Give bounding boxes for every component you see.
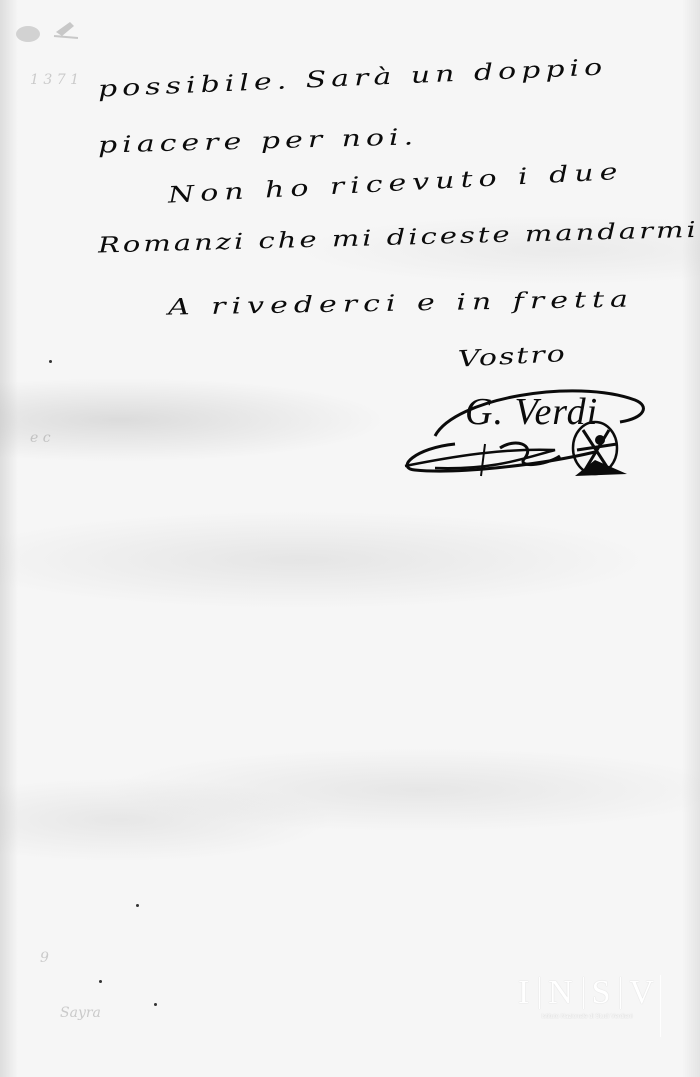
logo-letter: I bbox=[518, 974, 531, 1012]
logo-letter: S bbox=[592, 974, 613, 1012]
letter-line-2: piacere per noi. bbox=[98, 124, 419, 159]
manuscript-page: 1 3 7 1 e c 9 Sayra possibile. Sarà un d… bbox=[0, 0, 700, 1077]
insv-watermark-logo: I N S V Istituto Nazionale di Studi Verd… bbox=[514, 975, 661, 1037]
ink-speck bbox=[136, 904, 139, 907]
bleed-through-mark: 9 bbox=[40, 950, 49, 966]
logo-divider bbox=[620, 977, 621, 1009]
logo-letter: N bbox=[548, 974, 575, 1012]
letter-closing: Vostro bbox=[457, 341, 567, 373]
letter-line-1: possibile. Sarà un doppio bbox=[97, 54, 607, 102]
logo-divider bbox=[583, 977, 584, 1009]
logo-letters: I N S V bbox=[514, 975, 660, 1011]
signature-name: G. Verdi bbox=[465, 390, 598, 434]
logo-subtitle: Istituto Nazionale di Studi Verdiani bbox=[514, 1013, 660, 1021]
signature: G. Verdi bbox=[395, 378, 655, 490]
bleed-through-mark: 1 3 7 1 bbox=[30, 72, 79, 88]
logo-letter: V bbox=[629, 974, 656, 1012]
ink-speck bbox=[99, 980, 102, 983]
paper-stain-mark bbox=[8, 12, 78, 48]
logo-divider bbox=[539, 977, 540, 1009]
ink-speck bbox=[154, 1003, 157, 1006]
ink-speck bbox=[49, 360, 52, 363]
letter-line-3: Non ho ricevuto i due bbox=[167, 159, 624, 209]
letter-line-4: Romanzi che mi diceste mandarmi bbox=[98, 217, 699, 258]
bleed-through-mark: Sayra bbox=[60, 1005, 101, 1021]
bleed-through-mark: e c bbox=[30, 430, 51, 446]
letter-line-5: A rivederci e in fretta bbox=[168, 286, 634, 320]
